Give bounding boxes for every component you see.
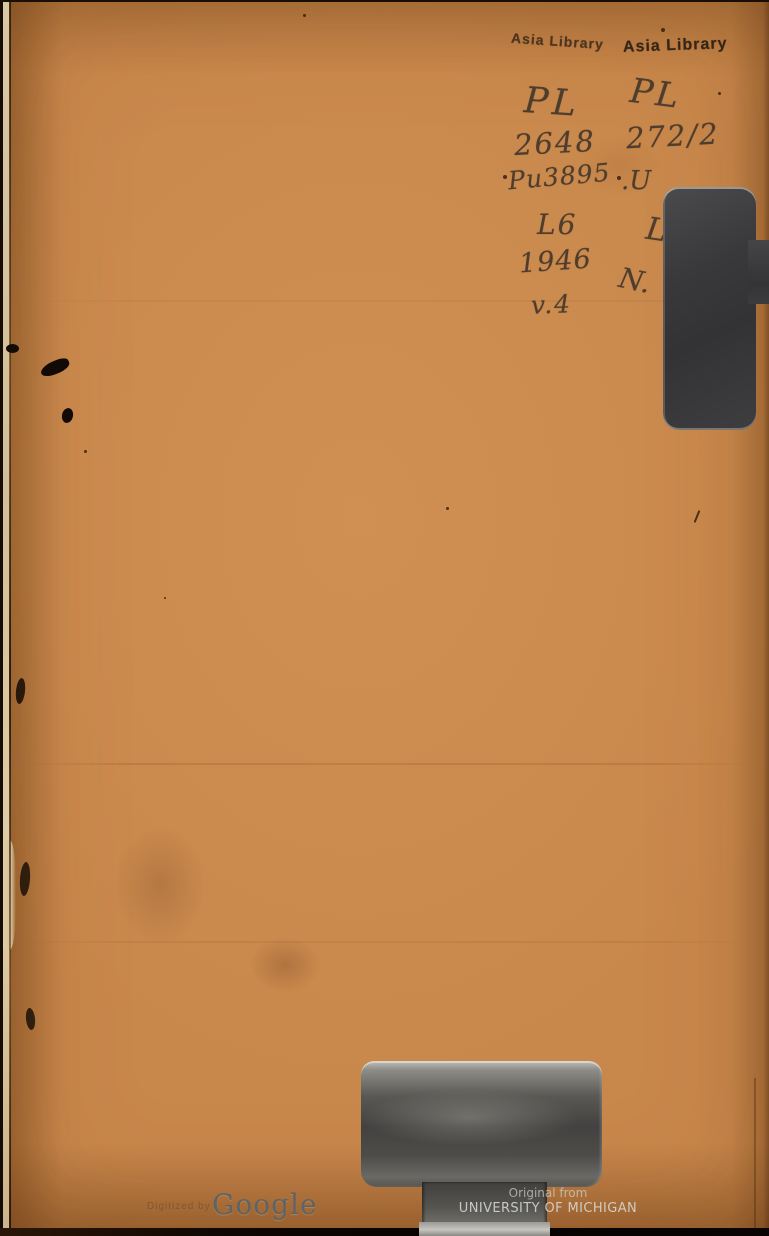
original-from-label: Original from — [450, 1186, 646, 1200]
cover-crease — [20, 300, 759, 302]
call-number-line: PL — [628, 71, 684, 117]
metal-clip-top-right-arm — [748, 240, 769, 304]
cover-crease — [20, 763, 759, 765]
dust-speck — [718, 92, 721, 95]
cover-edge-line — [754, 1078, 756, 1228]
call-number-line: 1946 — [518, 244, 593, 280]
spine-gutter — [0, 0, 3, 1236]
dust-speck — [503, 175, 507, 179]
scan-top-border — [0, 0, 769, 2]
institution-label: UNIVERSITY OF MICHIGAN — [450, 1201, 646, 1216]
dust-speck — [164, 597, 166, 599]
call-number-line: N. — [616, 261, 654, 300]
dust-speck — [446, 507, 449, 510]
metal-clamp-bottom-highlight — [419, 1222, 550, 1236]
call-number-line: 2648 — [513, 124, 596, 162]
call-number-line: 272/2 — [625, 117, 720, 156]
call-number-line: PL — [523, 80, 582, 125]
scanned-book-cover: Asia Library Asia Library PL 2648 Pu3895… — [0, 0, 769, 1236]
michigan-watermark: Original from UNIVERSITY OF MICHIGAN — [450, 1186, 646, 1216]
google-watermark: Google — [212, 1188, 318, 1221]
call-number-line: v.4 — [531, 289, 573, 319]
stain-smudge — [235, 925, 335, 1005]
scan-bottom-border — [0, 1228, 769, 1236]
metal-clamp-bottom — [361, 1061, 602, 1187]
right-edge-shadow — [763, 0, 769, 1236]
asia-library-stamp-right: Asia Library — [623, 35, 728, 57]
digitized-by-label: Digitized by — [147, 1201, 211, 1212]
call-number-line: L6 — [537, 208, 577, 241]
dust-speck — [661, 28, 665, 32]
page-edge-shadow-line — [9, 0, 11, 1229]
ink-blot — [6, 344, 19, 353]
stain-smudge — [95, 800, 225, 970]
metal-clip-top-right — [663, 187, 756, 430]
call-number-line: .U — [621, 166, 651, 196]
dust-speck — [303, 14, 306, 17]
dust-speck — [84, 450, 87, 453]
